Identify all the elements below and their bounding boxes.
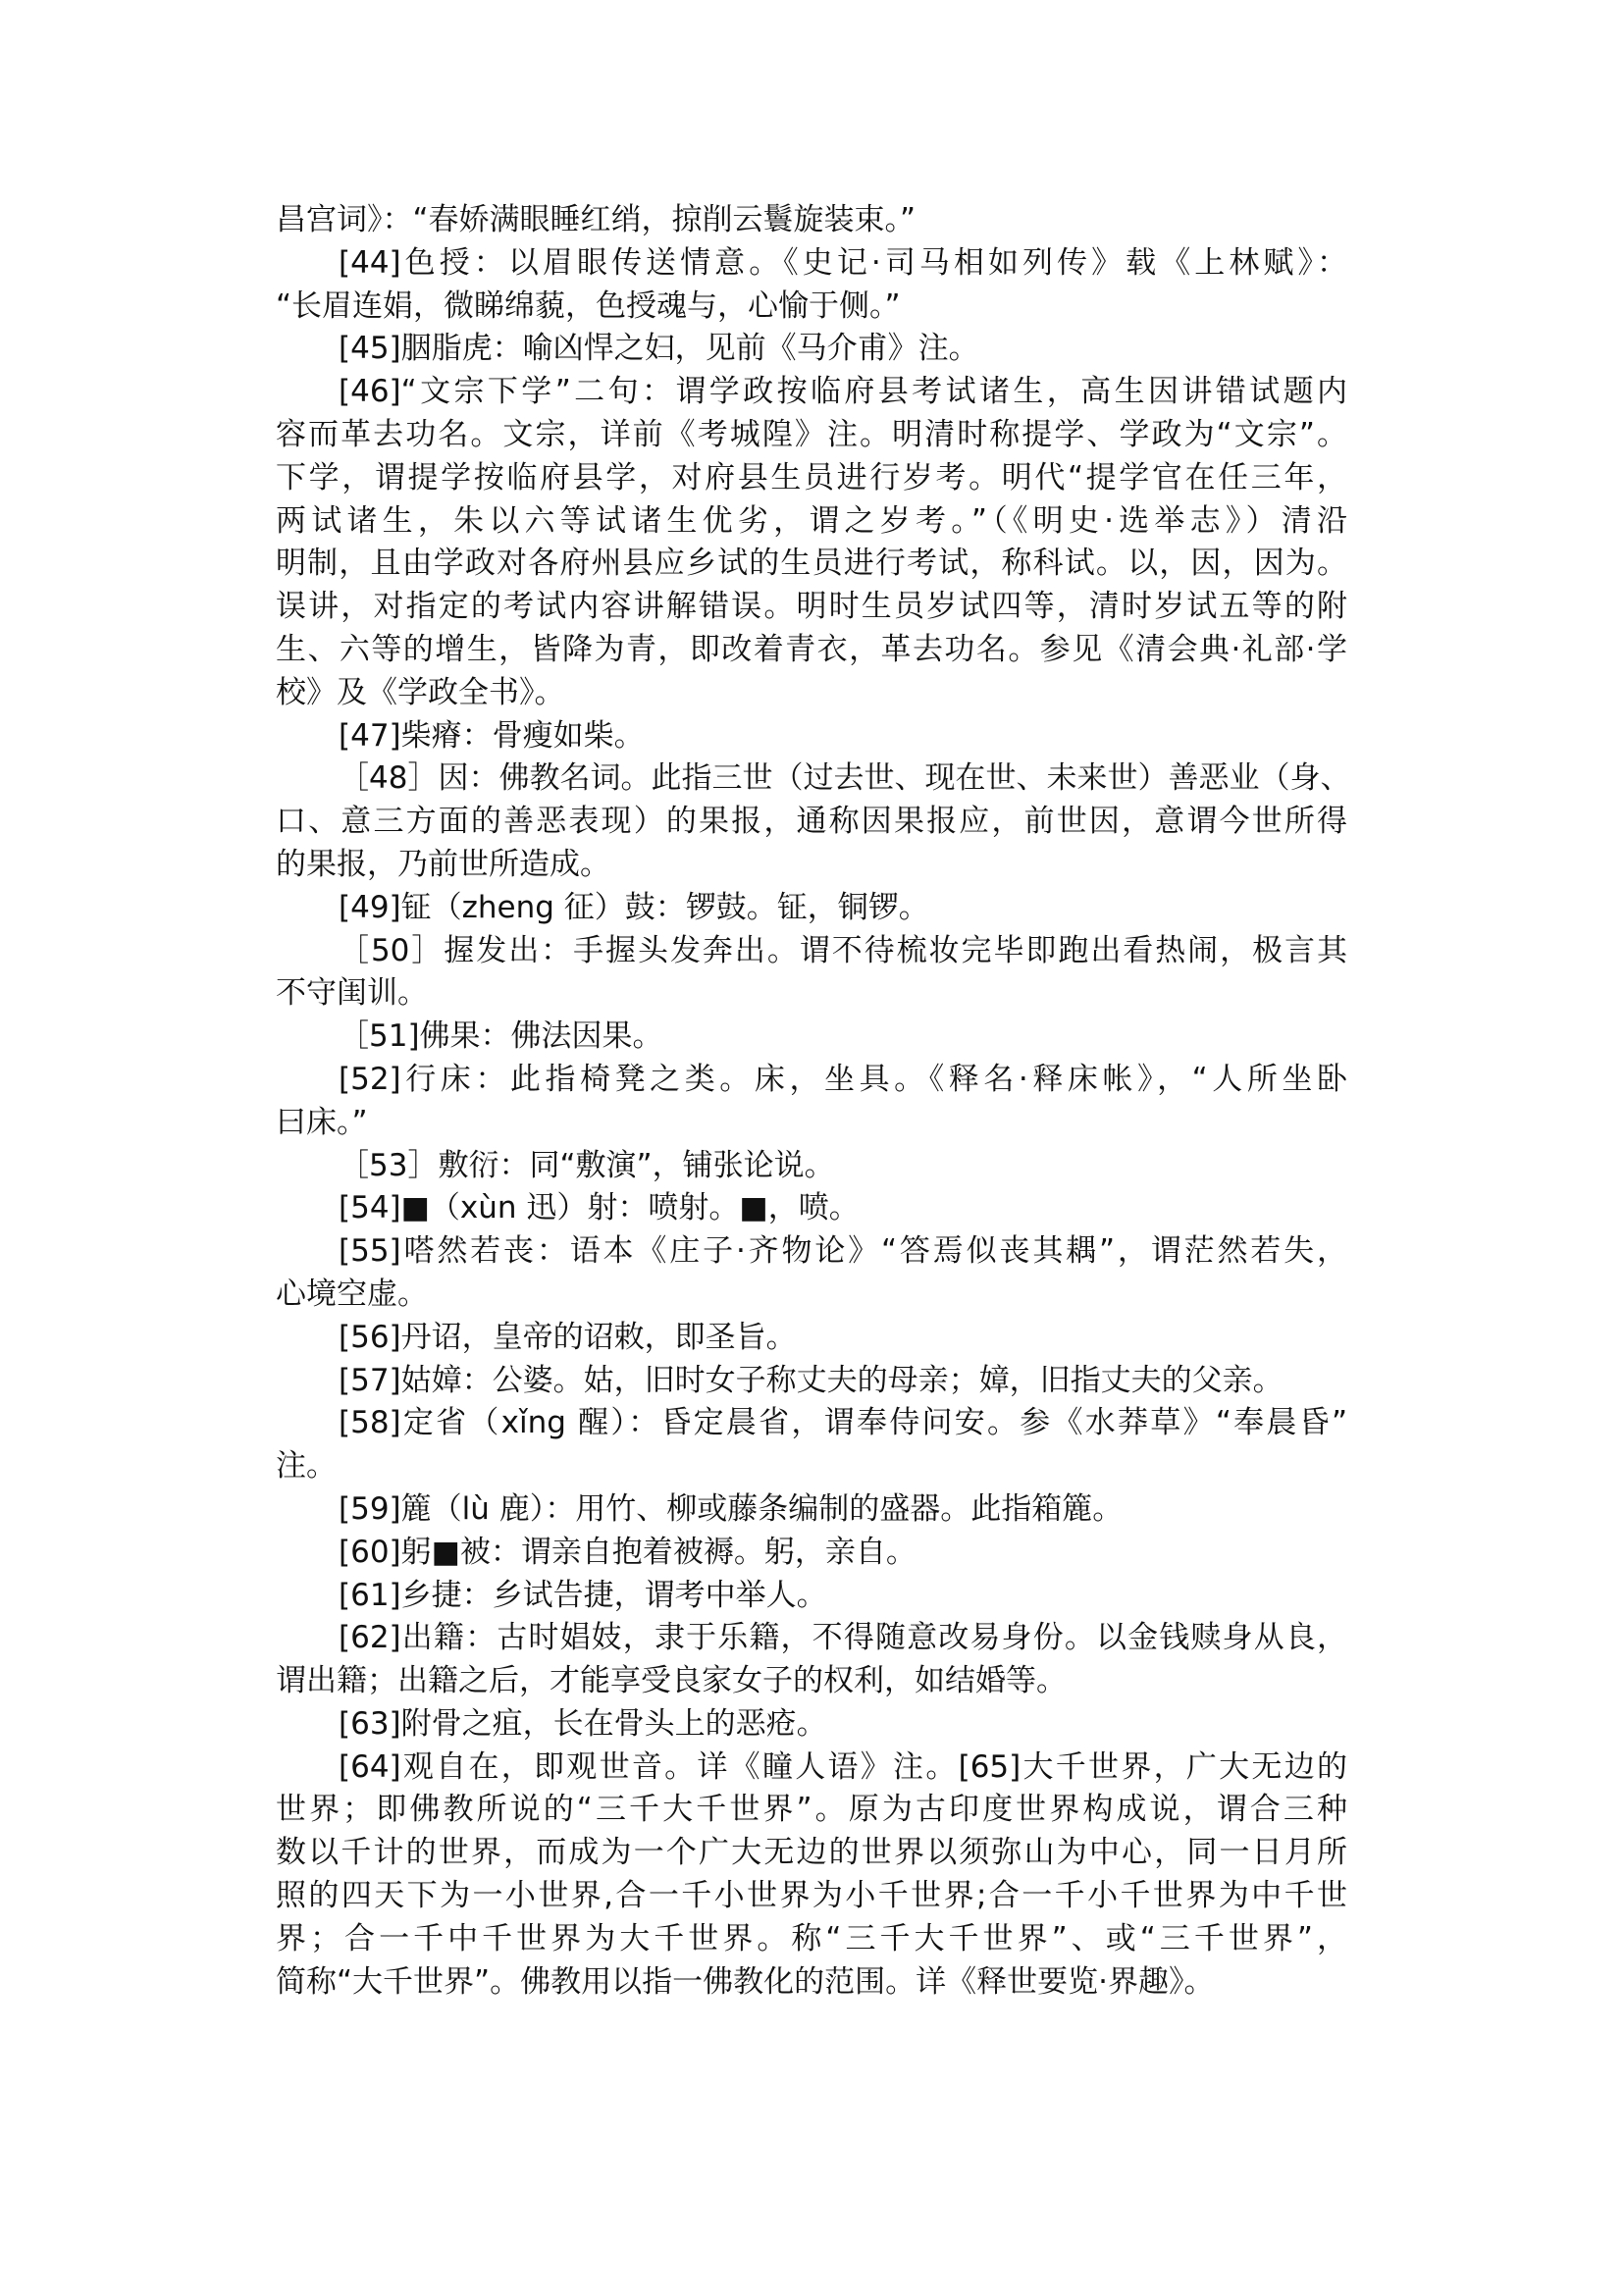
note-first-line: [55]嗒然若丧：语本《庄子·齐物论》“答焉似丧其耦”，谓茫然若失， <box>276 1230 1347 1274</box>
annotation-note: ［50］握发出：手握头发奔出。谓不待梳妆完毕即跑出看热闹，极言其不守闺训。 <box>276 930 1347 1017</box>
annotation-note: [56]丹诏，皇帝的诏敕，即圣旨。 <box>276 1317 1347 1360</box>
note-first-line: [63]附骨之疽，长在骨头上的恶疮。 <box>276 1703 1347 1747</box>
note-first-line: [58]定省（xǐng 醒）：昏定晨省，谓奉侍问安。参《水莽草》“奉晨昏” <box>276 1402 1347 1445</box>
note-continuation-line: 两试诸生，朱以六等试诸生优劣，谓之岁考。”（《明史·选举志》）清沿 <box>276 500 1347 544</box>
note-continuation-line: 容而革去功名。文宗，详前《考城隍》注。明清时称提学、学政为“文宗”。 <box>276 414 1347 457</box>
note-continuation-line: 注。 <box>276 1445 1347 1488</box>
note-continuation-line: 口、意三方面的善恶表现）的果报，通称因果报应，前世因，意谓今世所得 <box>276 801 1347 844</box>
annotation-note: [59]簏（lù 鹿）：用竹、柳或藤条编制的盛器。此指箱簏。 <box>276 1488 1347 1532</box>
document-page: 昌宫词》：“春娇满眼睡红绡，掠削云鬟旋装束。”[44]色授：以眉眼传送情意。《史… <box>276 199 1347 2004</box>
note-first-line: [49]钲（zheng 征）鼓：锣鼓。钲，铜锣。 <box>276 887 1347 930</box>
note-continuation-line: 不守闺训。 <box>276 972 1347 1016</box>
annotation-note: [55]嗒然若丧：语本《庄子·齐物论》“答焉似丧其耦”，谓茫然若失，心境空虚。 <box>276 1230 1347 1317</box>
annotation-note: ［51]佛果：佛法因果。 <box>276 1016 1347 1059</box>
note-first-line: [62]出籍：古时娼妓，隶于乐籍，不得随意改易身份。以金钱赎身从良， <box>276 1617 1347 1660</box>
note-continuation-line: 照的四天下为一小世界,合一千小世界为小千世界;合一千小千世界为中千世 <box>276 1875 1347 1918</box>
note-first-line: [64]观自在，即观世音。详《瞳人语》注。[65]大千世界，广大无边的 <box>276 1747 1347 1790</box>
annotation-note: [57]姑嫜：公婆。姑，旧时女子称丈夫的母亲；嫜，旧指丈夫的父亲。 <box>276 1360 1347 1403</box>
annotation-note: [61]乡捷：乡试告捷，谓考中举人。 <box>276 1575 1347 1618</box>
note-continuation-line: 曰床。” <box>276 1102 1347 1145</box>
note-continuation-line: 下学，谓提学按临府县学，对府县生员进行岁考。明代“提学官在任三年， <box>276 457 1347 500</box>
note-continuation-line: 谓出籍；出籍之后，才能享受良家女子的权利，如结婚等。 <box>276 1660 1347 1703</box>
note-continuation-line: 数以千计的世界，而成为一个广大无边的世界以须弥山为中心，同一日月所 <box>276 1832 1347 1875</box>
note-continuation-line: “长眉连娟，微睇绵藐，色授魂与，心愉于侧。” <box>276 286 1347 329</box>
annotation-note: [45]胭脂虎：喻凶悍之妇，见前《马介甫》注。 <box>276 328 1347 371</box>
note-first-line: [57]姑嫜：公婆。姑，旧时女子称丈夫的母亲；嫜，旧指丈夫的父亲。 <box>276 1360 1347 1403</box>
note-first-line: [52]行床：此指椅凳之类。床，坐具。《释名·释床帐》，“人所坐卧 <box>276 1059 1347 1102</box>
annotation-list: 昌宫词》：“春娇满眼睡红绡，掠削云鬟旋装束。”[44]色授：以眉眼传送情意。《史… <box>276 199 1347 2004</box>
annotation-note: [58]定省（xǐng 醒）：昏定晨省，谓奉侍问安。参《水莽草》“奉晨昏”注。 <box>276 1402 1347 1488</box>
note-first-line: ［53］敷衍：同“敷演”，铺张论说。 <box>276 1145 1347 1188</box>
annotation-note: ［48］因：佛教名词。此指三世（过去世、现在世、未来世）善恶业（身、口、意三方面… <box>276 757 1347 886</box>
note-first-line: [45]胭脂虎：喻凶悍之妇，见前《马介甫》注。 <box>276 328 1347 371</box>
note-continuation-line: 的果报，乃前世所造成。 <box>276 844 1347 887</box>
annotation-note: [49]钲（zheng 征）鼓：锣鼓。钲，铜锣。 <box>276 887 1347 930</box>
annotation-note: 昌宫词》：“春娇满眼睡红绡，掠削云鬟旋装束。” <box>276 199 1347 242</box>
note-continuation-line: 误讲，对指定的考试内容讲解错误。明时生员岁试四等，清时岁试五等的附 <box>276 586 1347 629</box>
annotation-note: [46]“文宗下学”二句：谓学政按临府县考试诸生，高生因讲错试题内容而革去功名。… <box>276 371 1347 714</box>
note-continuation-line: 心境空虚。 <box>276 1274 1347 1317</box>
note-continuation-line: 生、六等的增生，皆降为青，即改着青衣，革去功名。参见《清会典·礼部·学 <box>276 629 1347 672</box>
note-continuation-line: 校》及《学政全书》。 <box>276 672 1347 715</box>
note-first-line: [60]躬■被：谓亲自抱着被褥。躬，亲自。 <box>276 1532 1347 1575</box>
note-continuation-line: 界；合一千中千世界为大千世界。称“三千大千世界”、或“三千世界”， <box>276 1918 1347 1961</box>
annotation-note: [62]出籍：古时娼妓，隶于乐籍，不得随意改易身份。以金钱赎身从良，谓出籍；出籍… <box>276 1617 1347 1703</box>
note-first-line: ［48］因：佛教名词。此指三世（过去世、现在世、未来世）善恶业（身、 <box>276 757 1347 801</box>
annotation-note: [64]观自在，即观世音。详《瞳人语》注。[65]大千世界，广大无边的世界；即佛… <box>276 1747 1347 2005</box>
note-first-line: [61]乡捷：乡试告捷，谓考中举人。 <box>276 1575 1347 1618</box>
note-first-line: [56]丹诏，皇帝的诏敕，即圣旨。 <box>276 1317 1347 1360</box>
annotation-note: [60]躬■被：谓亲自抱着被褥。躬，亲自。 <box>276 1532 1347 1575</box>
annotation-note: ［53］敷衍：同“敷演”，铺张论说。 <box>276 1145 1347 1188</box>
annotation-note: [44]色授：以眉眼传送情意。《史记·司马相如列传》载《上林赋》：“长眉连娟，微… <box>276 242 1347 329</box>
note-continuation-line: 简称“大千世界”。佛教用以指一佛教化的范围。详《释世要览·界趣》。 <box>276 1961 1347 2005</box>
annotation-note: [52]行床：此指椅凳之类。床，坐具。《释名·释床帐》，“人所坐卧曰床。” <box>276 1059 1347 1145</box>
note-first-line: [59]簏（lù 鹿）：用竹、柳或藤条编制的盛器。此指箱簏。 <box>276 1488 1347 1532</box>
note-first-line: [46]“文宗下学”二句：谓学政按临府县考试诸生，高生因讲错试题内 <box>276 371 1347 414</box>
note-first-line: 昌宫词》：“春娇满眼睡红绡，掠削云鬟旋装束。” <box>276 199 1347 242</box>
note-first-line: ［51]佛果：佛法因果。 <box>276 1016 1347 1059</box>
note-first-line: [47]柴瘠：骨瘦如柴。 <box>276 715 1347 758</box>
annotation-note: [54]■（xùn 迅）射：喷射。■，喷。 <box>276 1187 1347 1230</box>
annotation-note: [47]柴瘠：骨瘦如柴。 <box>276 715 1347 758</box>
note-continuation-line: 明制，且由学政对各府州县应乡试的生员进行考试，称科试。以，因，因为。 <box>276 543 1347 586</box>
note-continuation-line: 世界；即佛教所说的“三千大千世界”。原为古印度世界构成说，谓合三种 <box>276 1789 1347 1832</box>
note-first-line: [54]■（xùn 迅）射：喷射。■，喷。 <box>276 1187 1347 1230</box>
annotation-note: [63]附骨之疽，长在骨头上的恶疮。 <box>276 1703 1347 1747</box>
note-first-line: [44]色授：以眉眼传送情意。《史记·司马相如列传》载《上林赋》： <box>276 242 1347 286</box>
note-first-line: ［50］握发出：手握头发奔出。谓不待梳妆完毕即跑出看热闹，极言其 <box>276 930 1347 973</box>
